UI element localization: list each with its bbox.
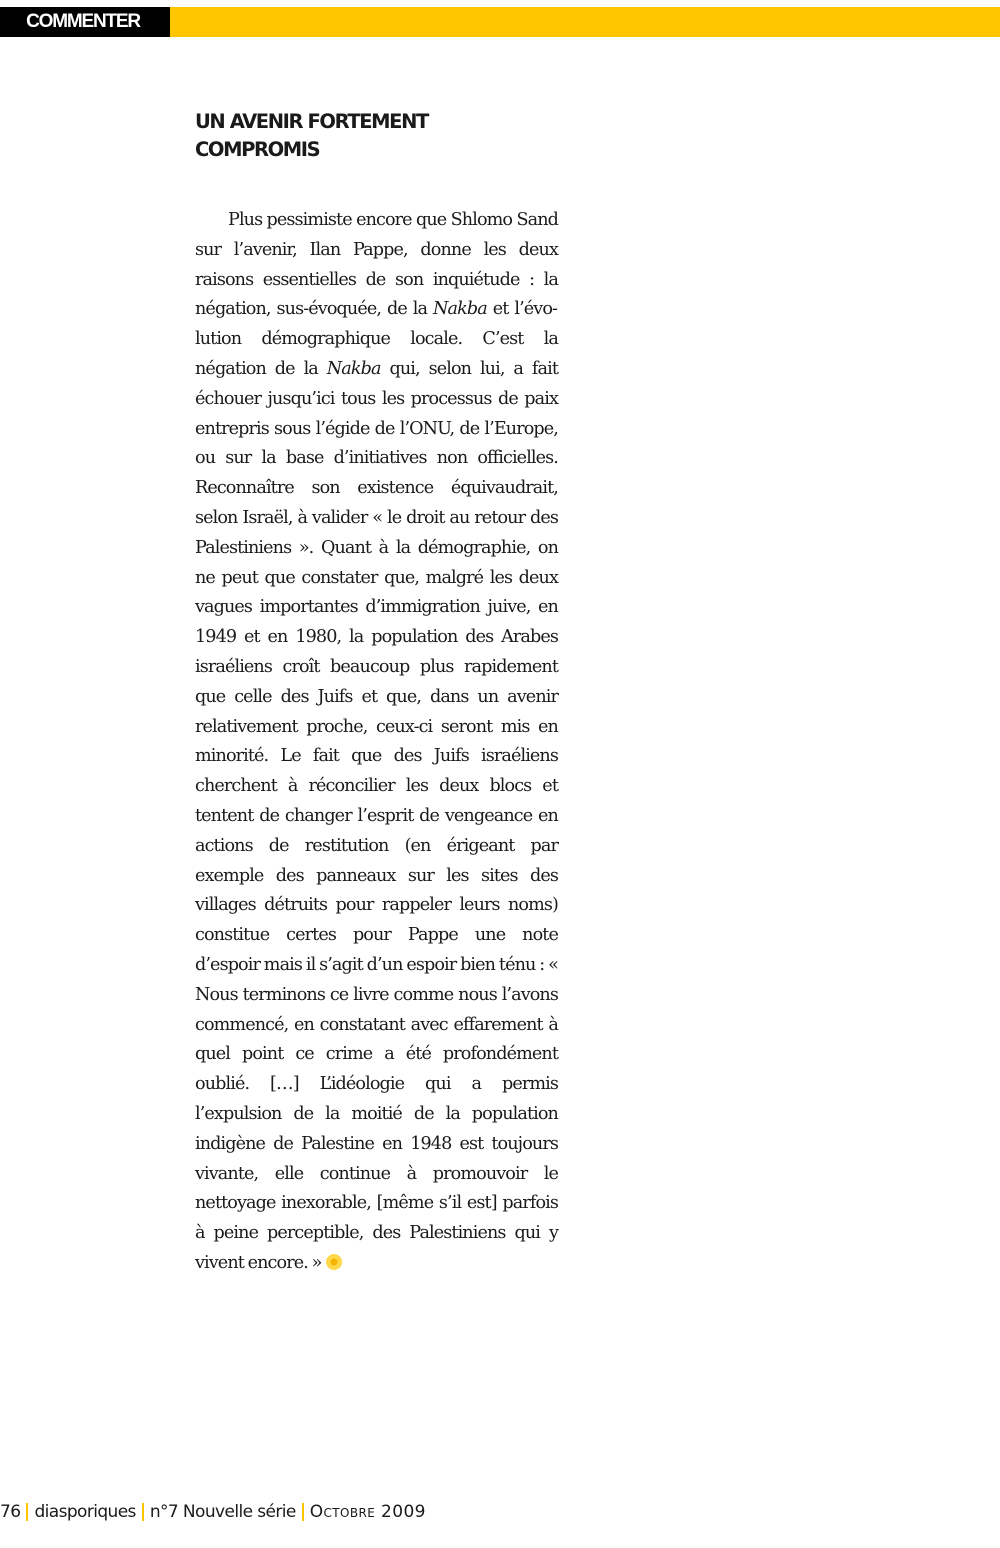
section-title: UN AVENIR FORTEMENT COMPROMIS xyxy=(195,108,495,164)
italic-term-nakba: Nakba xyxy=(433,299,487,319)
paragraph-text-part3: qui, selon lui, a fait échouer jusqu’ici… xyxy=(195,359,558,1273)
page-footer: 76 diasporiques n°7 Nouvelle série Octob… xyxy=(0,1502,426,1522)
italic-term-nakba: Nakba xyxy=(327,359,381,379)
issue-date: Octobre 2009 xyxy=(310,1502,426,1522)
issue-number: n°7 Nouvelle série xyxy=(150,1502,296,1522)
article-paragraph: Plus pessimiste encore que Shlomo Sand s… xyxy=(195,206,558,1279)
section-label: COMMENTER xyxy=(26,11,144,33)
footer-separator xyxy=(302,1503,304,1521)
article-column: UN AVENIR FORTEMENT COMPROMIS Plus pessi… xyxy=(195,108,558,1279)
end-of-article-icon xyxy=(326,1254,342,1270)
page-number: 76 xyxy=(0,1502,20,1522)
section-label-box: COMMENTER xyxy=(0,7,170,37)
footer-separator xyxy=(142,1503,144,1521)
header-accent-bar xyxy=(170,7,1000,37)
section-header-bar: COMMENTER xyxy=(0,7,1000,37)
publication-name: diasporiques xyxy=(34,1502,135,1522)
footer-separator xyxy=(26,1503,28,1521)
